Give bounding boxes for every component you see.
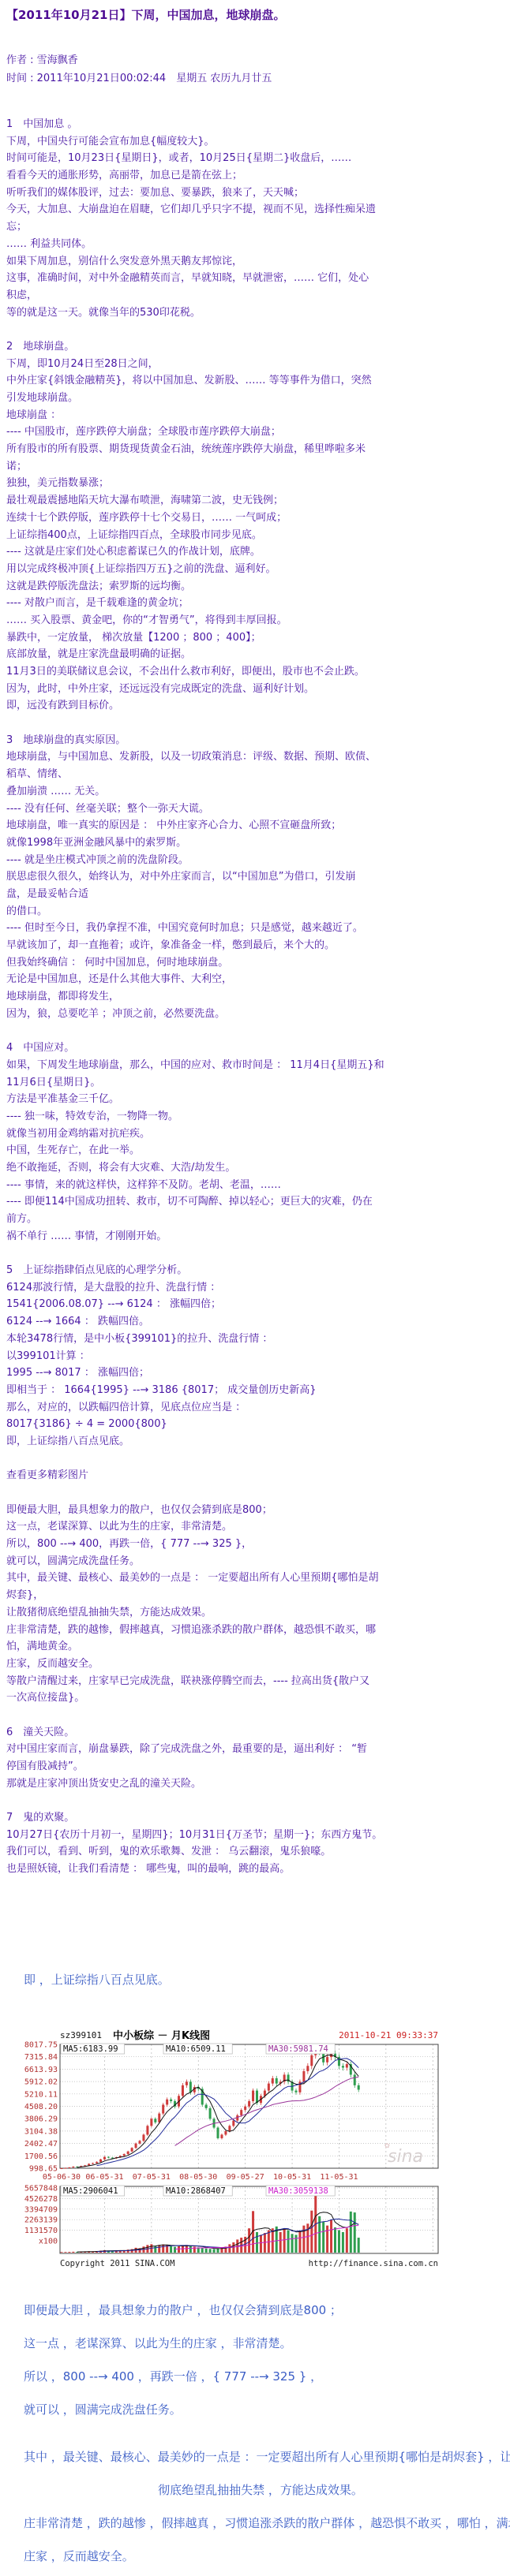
article-line: 3 地球崩盘的真实原因。 [6, 732, 510, 749]
volume-bar [68, 2252, 70, 2253]
article-line: 那么，对应的，以跌幅四倍计算，见底点位应当是 ： [6, 1399, 510, 1417]
sina-watermark-flower-icon: ✿ [384, 2140, 390, 2150]
article-line: 对中国庄家而言，崩盘暴跌，除了完成洗盘之外，最重要的是，逼出利好 ： “暂 [6, 1741, 510, 1758]
price-axis-tick: 7315.84 [24, 2053, 58, 2062]
article-line: 的借口。 [6, 903, 510, 920]
volume-bar [260, 2234, 262, 2252]
article-line: 8017{3186} ÷ 4 = 2000{800} [6, 1416, 510, 1433]
price-axis-tick: 2402.47 [24, 2140, 58, 2149]
article-line: 如果下周加息，别信什么突发意外黑天鹅友邦惊诧， [6, 253, 510, 271]
article-line: 等的就是这一天。就像当年的530印花税。 [6, 304, 510, 322]
candle-body [252, 2090, 254, 2100]
article-line: 这事，准确时间，对中外金融精英而言，早就知晓，早就泄密，…… 它们，处心 [6, 270, 510, 287]
candle-body [205, 2104, 208, 2107]
volume-bar [189, 2246, 192, 2253]
candle-body [68, 2167, 70, 2168]
volume-axis-tick: 2263139 [24, 2216, 58, 2225]
candle-body [358, 2085, 360, 2090]
volume-bar [322, 2222, 324, 2253]
candle-body [123, 2154, 126, 2156]
candle-body [209, 2108, 212, 2119]
chart-copyright: Copyright 2011 SINA.COM [60, 2259, 174, 2268]
article-line: 前方。 [6, 1211, 510, 1228]
candle-body [139, 2141, 141, 2143]
sina-watermark: sina [388, 2147, 423, 2167]
article-line: 朕思虑很久很久，始终认为，对中外庄家而言，以“中国加息”为借口，引发崩 [6, 868, 510, 886]
quote-line: 即便最大胆 ，最具想象力的散户 ，也仅仅会猜到底是800 ； [24, 2294, 497, 2327]
chart-source-url: http://finance.sina.com.cn [309, 2259, 438, 2268]
article-line: 但我始终确信 ： 何时中国加息，何时地球崩盘。 [6, 954, 510, 972]
volume-bar [334, 2227, 336, 2253]
candle-body [182, 2085, 184, 2096]
post-meta: 作者 : 雪海飘香 时间 : 2011年10月21日00:02:44 星期五 农… [6, 51, 510, 88]
article-line: 看看今天的通胀形势，高丽带，加息已是箭在弦上； [6, 167, 510, 185]
article-line: 最壮观最震撼地陷天坑大瀑布喷泄，海啸第二波，史无钱例； [6, 492, 510, 510]
article-line: 祸不单行 …… 事情，才刚刚开始。 [6, 1228, 510, 1245]
blog-post: 【2011年10月21日】下周，中国加息，地球崩盘。 作者 : 雪海飘香 时间 … [0, 6, 510, 2573]
kline-chart-svg: 8017.757315.846613.935912.025210.114508.… [20, 2025, 446, 2273]
article-line: 6 潼关天险。 [6, 1724, 510, 1742]
article-line: 1995 --→ 8017 ： 涨幅四倍； [6, 1365, 510, 1382]
volume-axis-tick: 1131570 [24, 2227, 58, 2235]
volume-bar [326, 2225, 328, 2252]
volume-bar [154, 2246, 156, 2253]
article-line: 10月27日{农历十月初一，星期四}；10月31日{万圣节；星期一}；东西方鬼节… [6, 1827, 510, 1844]
quote-spacer [24, 2426, 497, 2440]
post-title: 【2011年10月21日】下周，中国加息，地球崩盘。 [6, 6, 510, 23]
article-line: 地球崩盘，唯一真实的原因是 ： 中外庄家齐心合力、心照不宣砸盘所致； [6, 817, 510, 834]
volume-axis-tick: 3394709 [24, 2205, 58, 2214]
article-line: 用以完成终极冲顶{上证综指四万五}之前的洗盘、逼利好。 [6, 561, 510, 578]
article-line: 连续十七个跌停版，莲序跌停十七个交易日，…… 一气呵成； [6, 510, 510, 527]
article-line: 就像当初用金鸡纳霜对抗疟疾。 [6, 1126, 510, 1143]
article-line: 即便最大胆，最具想象力的散户，也仅仅会猜到底是800； [6, 1502, 510, 1519]
volume-bar [310, 2211, 313, 2253]
volume-bar [256, 2232, 258, 2253]
candle-body [162, 2104, 164, 2113]
article-line: 停国有股减持”。 [6, 1758, 510, 1775]
article-line: 叠加崩溃 …… 无关。 [6, 783, 510, 801]
price-axis-tick: 5210.11 [24, 2090, 58, 2099]
article-line: 底部放量，就是庄家洗盘最明确的证据。 [6, 646, 510, 663]
price-axis-tick: 6613.93 [24, 2066, 58, 2074]
article-spacer [6, 715, 510, 732]
candle-body [186, 2081, 188, 2085]
x-axis-date-label: 09-05-27 [227, 2173, 264, 2182]
article-line: 下周，即10月24日至28日之间， [6, 356, 510, 373]
volume-bar [209, 2249, 212, 2253]
article-line: 其中，最关键、最核心、最美妙的一点是 ： 一定要超出所有人心里预期{哪怕是胡 [6, 1570, 510, 1587]
candle-body [302, 2071, 305, 2081]
candle-body [88, 2163, 90, 2165]
volume-bar [342, 2232, 344, 2253]
post-author: 作者 : 雪海飘香 [6, 51, 510, 69]
price-ma-label-2: MA10:6509.11 [166, 2044, 226, 2054]
post-time: 时间 : 2011年10月21日00:02:44 星期五 农历九月廿五 [6, 69, 510, 88]
article-body: 1 中国加息 。下周，中国央行可能会宣布加息{幅度较大}。时间可能是，10月23… [6, 116, 510, 1878]
quote-line: 彻底绝望乱抽抽失禁 ，方能达成效果。 [24, 2473, 497, 2507]
candle-body [268, 2083, 270, 2090]
volume-bar [170, 2246, 172, 2253]
candle-body [107, 2156, 110, 2157]
article-line: 忘； [6, 218, 510, 236]
volume-bar [228, 2244, 231, 2253]
quote-after-chart: 即便最大胆 ，最具想象力的散户 ，也仅仅会猜到底是800 ；这一点 ，老谋深算、… [24, 2294, 497, 2573]
candle-body [170, 2100, 172, 2101]
volume-ma-label-2: MA10:2868407 [166, 2186, 226, 2196]
article-line: 如果，下周发生地球崩盘，那么，中国的应对、救市时间是 ： 11月4日{星期五}和 [6, 1057, 510, 1074]
article-line: ---- 独一味，特效专治，一物降一物。 [6, 1108, 510, 1126]
volume-bar [314, 2189, 317, 2253]
x-axis-date-label: 06-05-31 [85, 2173, 123, 2182]
article-line: 盘，是最妥帖合适 [6, 886, 510, 903]
volume-bar [201, 2248, 204, 2253]
x-axis-date-label: 08-05-30 [179, 2173, 217, 2182]
article-line: ---- 事情，来的就这样快，这样猝不及防。老胡、老温，…… [6, 1177, 510, 1194]
candle-body [158, 2113, 160, 2122]
candle-body [244, 2106, 246, 2109]
article-line: 听听我们的媒体股评，过去：要加息、要暴跌，狼来了，天天喊； [6, 185, 510, 202]
article-line: 中国，生死存亡，在此一举。 [6, 1142, 510, 1159]
view-more-images-link[interactable]: 查看更多精彩图片 [6, 1467, 510, 1484]
article-line: 早就该加了，却一直拖着；或许，象准备金一样，憋到最后，来个大的。 [6, 937, 510, 954]
volume-bar [338, 2230, 340, 2252]
article-line: 1 中国加息 。 [6, 116, 510, 133]
article-line: 中外庄家{斜饿金融精英}，将以中国加息、发新股、…… 等等事件为借口，突然 [6, 372, 510, 390]
candle-body [256, 2090, 258, 2103]
price-ma-label-3: MA30:5981.74 [268, 2044, 328, 2054]
candle-body [96, 2162, 98, 2163]
candle-body [342, 2066, 344, 2067]
candle-body [240, 2110, 242, 2115]
article-line: 我们可以，看到、听到，鬼的欢乐歌舞、发泄 ： 乌云翻滚，鬼乐狼嚎。 [6, 1843, 510, 1861]
candle-body [92, 2163, 94, 2163]
article-line: 4 中国应对。 [6, 1040, 510, 1057]
candle-body [61, 2168, 63, 2169]
article-line: 庄家，反而越安全。 [6, 1656, 510, 1673]
article-line: 即，远没有跌到目标价。 [6, 697, 510, 715]
article-line: 下周，中国央行可能会宣布加息{幅度较大}。 [6, 133, 510, 151]
article-line: 庄非常清楚，跌的越惨，假摔越真，习惯追涨杀跌的散户群体，越恐惧不敢买，哪 [6, 1622, 510, 1639]
volume-bar [354, 2212, 356, 2253]
article-line: 就像1998年亚洲金融风暴中的索罗斯。 [6, 834, 510, 852]
article-line: 6124 --→ 1664 ： 跌幅四倍。 [6, 1313, 510, 1331]
article-spacer [6, 1792, 510, 1809]
chart-title: 中小板综 － 月K线图 [113, 2029, 210, 2042]
volume-bar [318, 2216, 321, 2253]
article-spacer [6, 321, 510, 338]
candle-body [189, 2081, 192, 2092]
candle-body [103, 2156, 106, 2159]
candle-body [146, 2126, 148, 2134]
article-spacer [6, 1245, 510, 1262]
candle-body [346, 2064, 348, 2067]
article-line: 2 地球崩盘。 [6, 338, 510, 356]
candle-body [224, 2131, 227, 2134]
candle-body [248, 2101, 250, 2107]
article-line: 等散户清醒过来，庄家早已完成洗盘，联袂涨停腾空而去，---- 拉高出货{散户又 [6, 1673, 510, 1690]
article-line: ---- 对散户而言，是千载难逢的黄金坑； [6, 595, 510, 612]
candle-body [310, 2055, 313, 2066]
price-axis-tick: 4508.20 [24, 2103, 58, 2111]
article-line: 11月3日的美联储议息会议，不会出什么救市利好，即便出，股市也不会止跌。 [6, 663, 510, 681]
article-line: 今天，大加息、大崩盘迫在眉睫，它们却几乎只字不提，视而不见，选择性痴呆遗 [6, 201, 510, 218]
article-line: 这就是跌停版洗盘法；索罗斯的远均衡。 [6, 578, 510, 595]
chart-symbol: sz399101 [60, 2030, 102, 2040]
price-ma10-line [97, 2059, 359, 2166]
volume-bar [330, 2219, 332, 2252]
x-axis-date-label: 11-05-31 [320, 2173, 358, 2182]
volume-bar [279, 2232, 282, 2253]
volume-bar [61, 2252, 63, 2253]
article-line: 时间可能是，10月23日{星期日}，或者，10月25日{星期二}收盘后，…… [6, 150, 510, 167]
x-axis-date-label: 07-05-31 [133, 2173, 171, 2182]
candle-body [326, 2057, 328, 2063]
article-line: 5 上证综指肆佰点见底的心理学分析。 [6, 1262, 510, 1279]
volume-bar [346, 2228, 348, 2253]
article-line: 因为，狼，总要吃羊 ；冲顶之前，必然要洗盘。 [6, 1006, 510, 1023]
volume-bar [162, 2244, 164, 2252]
volume-bar [174, 2246, 176, 2252]
volume-bar [350, 2212, 352, 2253]
volume-ma-label-1: MA5:2906041 [63, 2186, 118, 2196]
article-line: ---- 这就是庄家们处心积虑蓄谋已久的作战计划，底牌。 [6, 543, 510, 561]
article-line: 11月6日{星期日}。 [6, 1074, 510, 1092]
article-line: 就可以，圆满完成洗盘任务。 [6, 1553, 510, 1570]
volume-bar [283, 2228, 286, 2253]
article-line: 让散猪彻底绝望乱抽抽失禁，方能达成效果。 [6, 1604, 510, 1622]
article-line: 1541{2006.08.07} --→ 6124 ： 涨幅四倍； [6, 1296, 510, 1313]
volume-bar [158, 2245, 160, 2253]
article-line: 也是照妖镜，让我们看清楚 ： 哪些鬼，叫的最响，跳的最高。 [6, 1861, 510, 1878]
candle-body [127, 2152, 129, 2154]
volume-bar [306, 2223, 309, 2253]
price-axis-tick: 998.65 [29, 2164, 58, 2173]
article-line: 即相当于 ： 1664{1995} --→ 3186 {8017； 成交量创历史… [6, 1382, 510, 1399]
candle-body [217, 2127, 219, 2137]
article-line: ---- 就是坐庄模式冲顶之前的洗盘阶段。 [6, 852, 510, 869]
chart-timestamp: 2011-10-21 09:33:37 [339, 2030, 438, 2040]
article-line: 所以，800 --→ 400，再跌一倍，{ 777 --→ 325 }， [6, 1536, 510, 1553]
volume-bar [64, 2252, 66, 2253]
article-line: 地球崩盘，都即将发生， [6, 988, 510, 1006]
candle-body [306, 2066, 309, 2071]
article-line: 无论是中国加息，还是什么其他大事件、大利空， [6, 971, 510, 988]
article-line: 即，上证综指八百点见底。 [6, 1433, 510, 1450]
article-line: 那就是庄家冲顶出货安史之乱的潼关天险。 [6, 1775, 510, 1793]
article-line: 上证综指400点，上证综指四百点，全球股市同步见底。 [6, 527, 510, 544]
article-line: …… 利益共同体。 [6, 236, 510, 253]
article-line: ---- 没有任何、丝毫关联；整个一弥天大谎。 [6, 801, 510, 818]
quote-line: 庄家 ，反而越安全。 [24, 2540, 497, 2573]
candle-body [272, 2078, 274, 2084]
article-line: 地球崩盘，与中国加息、发新股，以及一切政策消息：评级、数据、预期、欧债、 [6, 749, 510, 766]
price-axis-tick: 3104.38 [24, 2127, 58, 2136]
article-line: 引发地球崩盘。 [6, 390, 510, 407]
candle-body [131, 2148, 133, 2151]
quote-line: 这一点 ，老谋深算、以此为生的庄家 ，非常清楚。 [24, 2327, 497, 2360]
volume-axis-tick: 5657848 [24, 2184, 58, 2193]
candle-body [228, 2126, 231, 2131]
candle-body [166, 2100, 168, 2105]
quote-line: 所以 ，800 --→ 400 ，再跌一倍 ，{ 777 --→ 325 } ， [24, 2360, 497, 2393]
quote-line: 其中 ，最关键、最核心、最美妙的一点是 ：一定要超出所有人心里预期{哪怕是胡烬套… [24, 2440, 497, 2473]
candle-body [72, 2167, 74, 2167]
candle-body [154, 2119, 156, 2122]
candle-body [295, 2090, 298, 2092]
article-line: 这一点，老谋深算、以此为生的庄家，非常清楚。 [6, 1518, 510, 1536]
candle-body [150, 2119, 152, 2126]
article-line: 暴跌中，一定放量， 梯次放量【1200 ；800 ；400】； [6, 629, 510, 647]
kline-chart-image: 8017.757315.846613.935912.025210.114508.… [20, 2025, 446, 2273]
price-axis-tick: 1700.56 [24, 2152, 58, 2161]
volume-bar [193, 2246, 196, 2253]
price-ma-label-1: MA5:6183.99 [63, 2044, 118, 2054]
article-line: 绝不敢拖延，否则，将会有大灾难、大浩/劫发生。 [6, 1159, 510, 1177]
article-line: 怕，满地黄金。 [6, 1638, 510, 1656]
article-line: 烬套}， [6, 1587, 510, 1604]
volume-bar [178, 2246, 180, 2253]
article-line: ---- 但时至今日，我仍拿捏不准，中国究竟何时加息；只是感觉，越来越近了。 [6, 920, 510, 937]
price-axis-tick: 3806.29 [24, 2115, 58, 2124]
volume-bar [205, 2249, 208, 2253]
article-line: 6124那波行情，是大盘股的拉升、洗盘行情 ： [6, 1279, 510, 1297]
article-line: 以399101计算 ： [6, 1348, 510, 1365]
article-line: 所有股市的所有股票、期货现货黄金石油，统统莲序跌停大崩盘，稀里哗啦多米 [6, 441, 510, 458]
x-axis-date-label: 10-05-31 [273, 2173, 311, 2182]
article-spacer [6, 1707, 510, 1724]
article-line: ---- 即便114中国成功扭转、救市，切不可陶醉、掉以轻心；更巨大的灾难，仍在 [6, 1193, 510, 1211]
article-spacer [6, 1484, 510, 1502]
volume-axis-tick: x100 [39, 2237, 58, 2246]
article-line: 积虑， [6, 287, 510, 304]
candle-body [135, 2143, 137, 2148]
article-line: …… 买入股票、黄金吧，你的“才智勇气”，将得到丰厚回报。 [6, 612, 510, 629]
volume-bar [248, 2228, 250, 2253]
candle-body [354, 2074, 356, 2085]
quote-line: 就可以 ，圆满完成洗盘任务。 [24, 2393, 497, 2426]
article-line: ---- 中国股市，莲序跌停大崩盘；全球股市莲序跌停大崩盘； [6, 424, 510, 441]
volume-bar [358, 2238, 360, 2253]
volume-bar [217, 2249, 219, 2253]
article-line: 独独，美元指数暴涨； [6, 475, 510, 492]
volume-bar [213, 2249, 216, 2253]
volume-ma-label-3: MA30:3059138 [268, 2186, 328, 2196]
candle-body [99, 2160, 102, 2162]
candle-body [232, 2120, 234, 2126]
candle-body [64, 2167, 66, 2168]
volume-bar [287, 2230, 290, 2252]
quote-conclusion-line: 即 ，上证综指八百点见底。 [24, 1971, 510, 1988]
article-line: 7 鬼的欢聚。 [6, 1809, 510, 1827]
price-ma5-line [77, 2055, 358, 2167]
volume-bar [72, 2252, 74, 2253]
candle-body [142, 2134, 144, 2141]
volume-axis-tick: 4526278 [24, 2195, 58, 2204]
volume-bar [295, 2234, 298, 2252]
price-axis-tick: 5912.02 [24, 2078, 58, 2086]
x-axis-date-label: 05-06-30 [43, 2173, 81, 2182]
article-line: 方法是平准基金三千亿。 [6, 1091, 510, 1108]
article-line: 地球崩盘 ： [6, 407, 510, 424]
candle-body [276, 2078, 278, 2084]
article-line: 诺； [6, 458, 510, 476]
article-line: 稻草、情绪、 [6, 766, 510, 783]
candle-body [220, 2134, 223, 2137]
price-axis-tick: 8017.75 [24, 2040, 58, 2049]
article-spacer [6, 1450, 510, 1468]
article-line: 一次高位接盘}。 [6, 1689, 510, 1707]
article-line: 本轮3478行情，是中小板{399101}的拉升、洗盘行情 ： [6, 1331, 510, 1348]
volume-bar [291, 2234, 294, 2253]
quote-line: 庄非常清楚 ，跌的越惨 ，假摔越真 ，习惯追涨杀跌的散户群体 ，越恐惧不敢买 ，… [24, 2507, 497, 2540]
volume-bar [298, 2231, 301, 2253]
article-spacer [6, 1022, 510, 1040]
article-line: 因为，此时，中外庄家，还远远没有完成既定的洗盘、逼利好计划。 [6, 681, 510, 698]
